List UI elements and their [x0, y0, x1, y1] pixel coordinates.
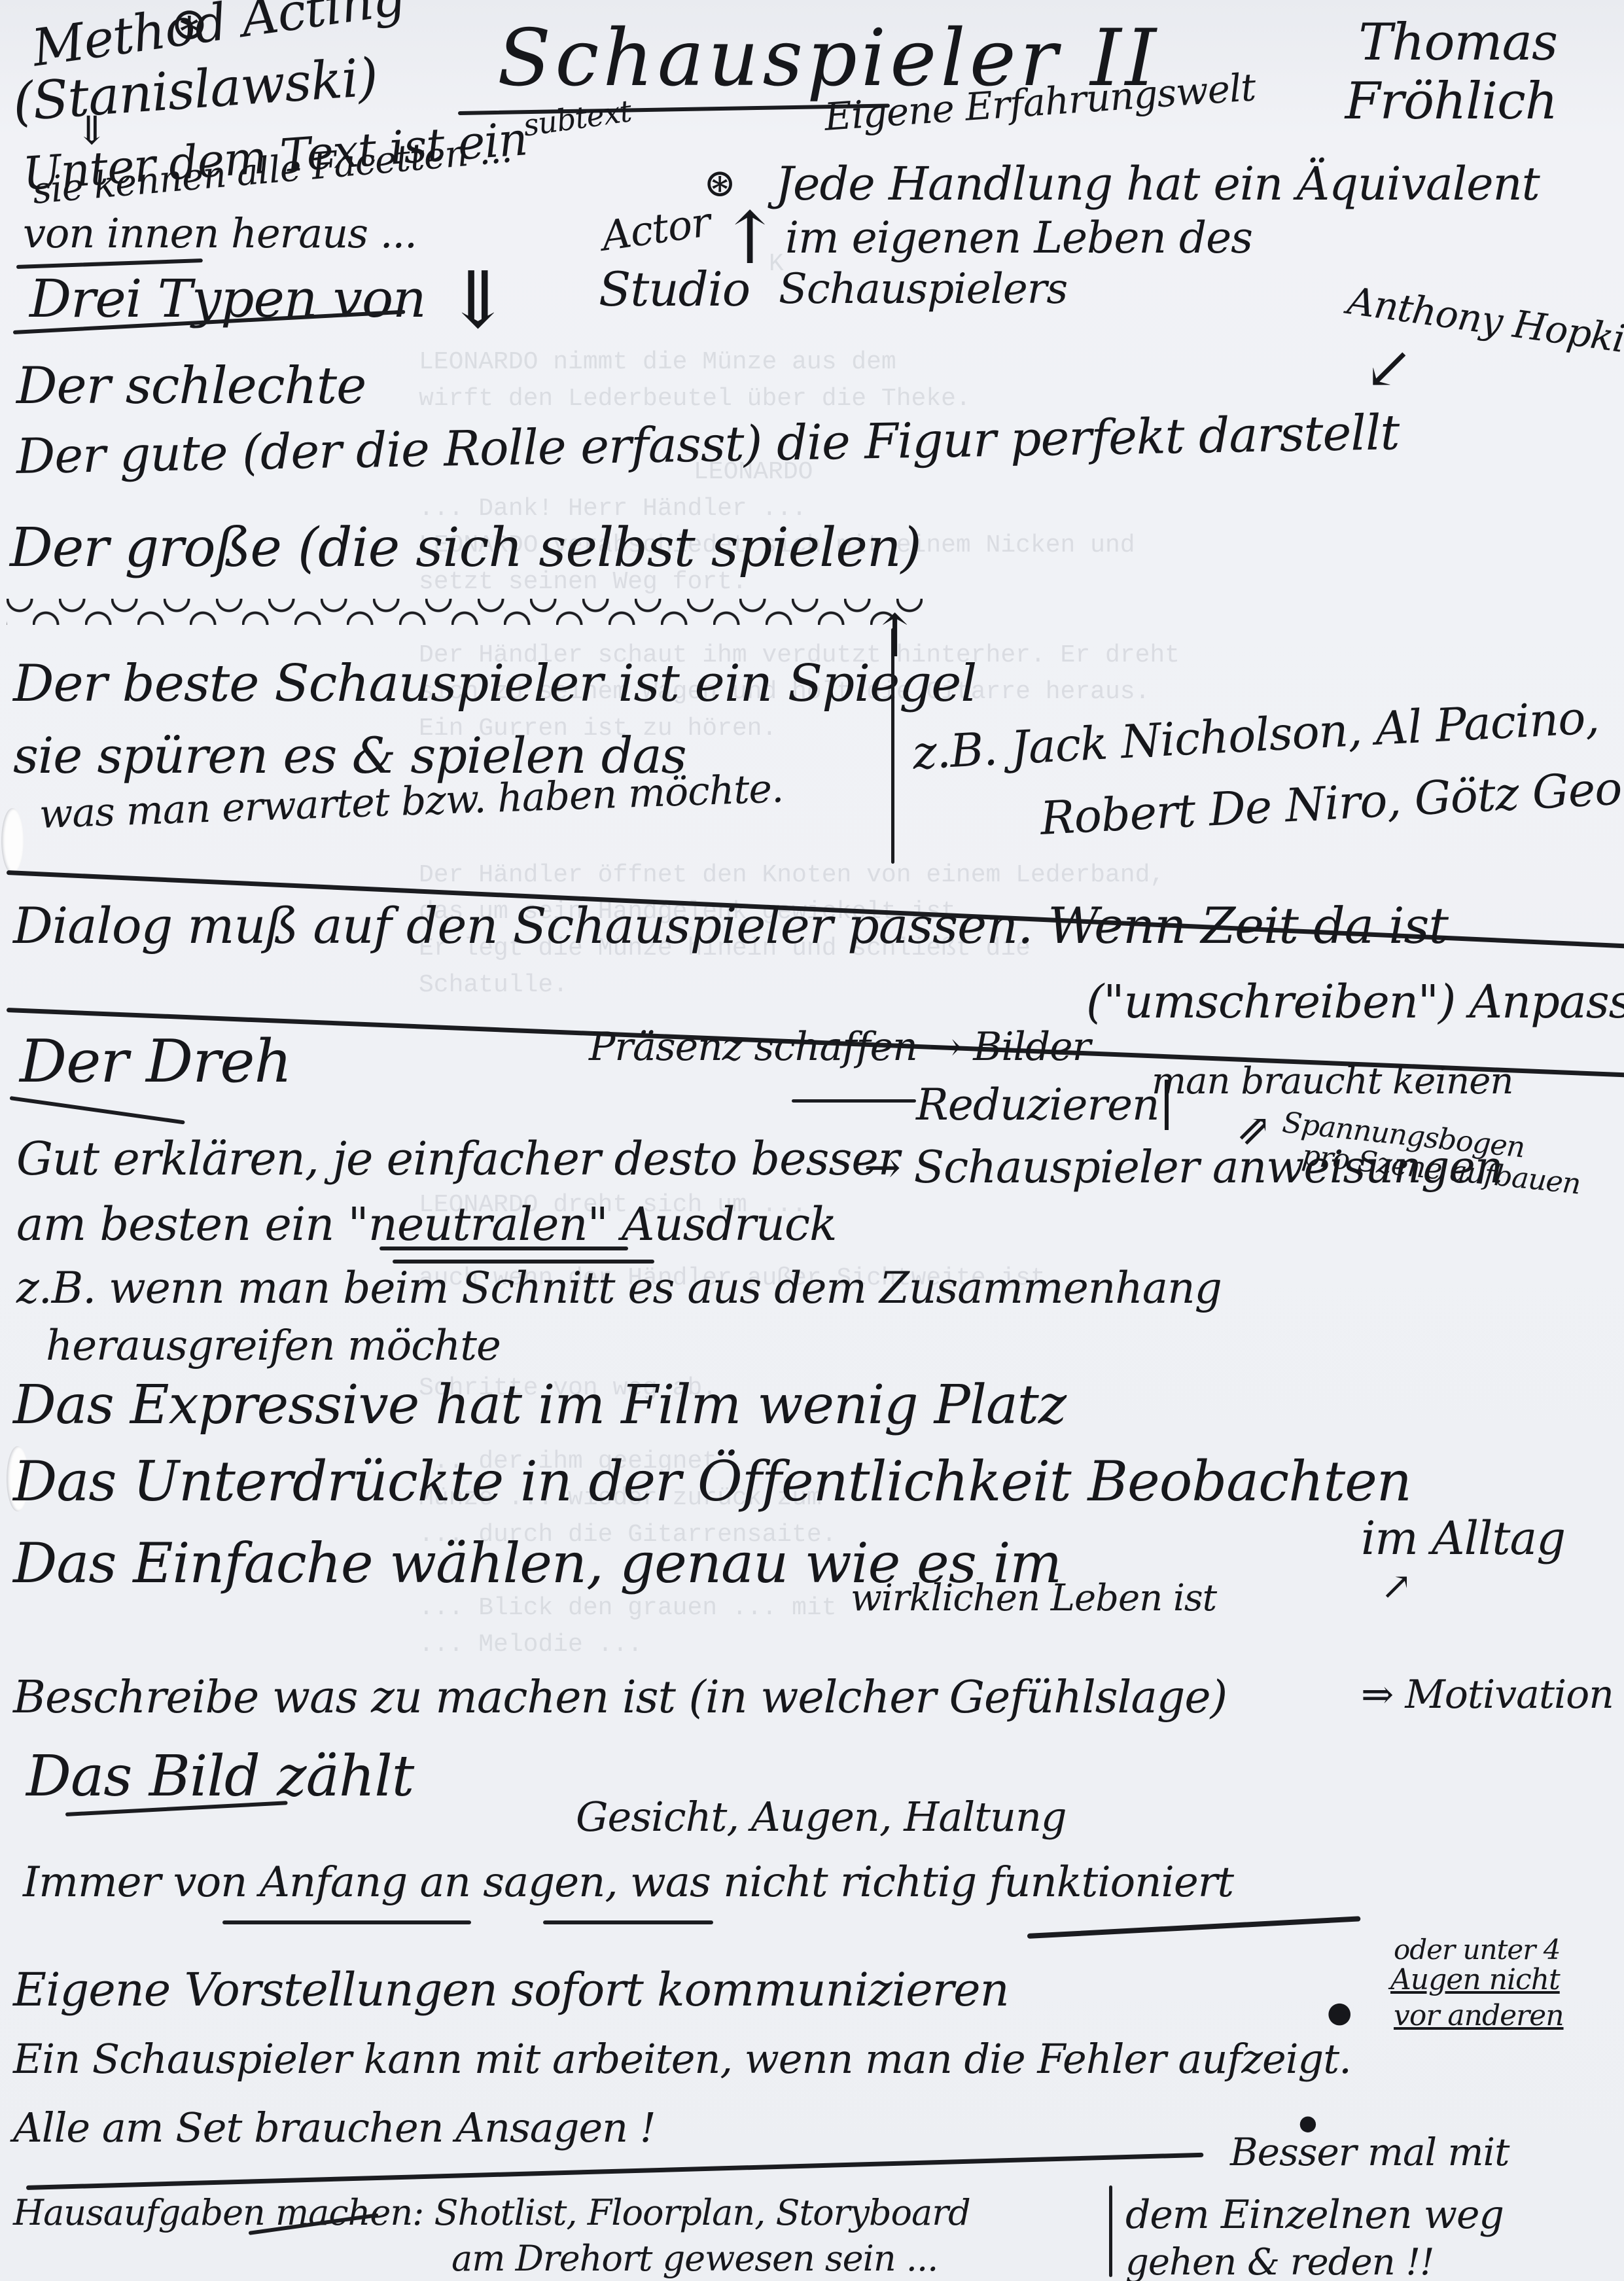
arrow-up-icon: ↑	[720, 196, 780, 280]
umschreiben-note: ("umschreiben") Anpassen	[1086, 975, 1624, 1029]
punch-hole-top	[1, 808, 24, 874]
hausaufgaben-note: Hausaufgaben machen: Shotlist, Floorplan…	[13, 2192, 970, 2233]
vor-anderen-note: vor anderen	[1394, 1999, 1564, 2032]
arrow-up-icon: ↑	[870, 602, 919, 671]
beschreibe-note: Beschreibe was zu machen ist (in welcher…	[13, 1672, 1227, 1724]
dreh-heading: Der Dreh	[20, 1027, 291, 1096]
anfang-note: Immer von Anfang an sagen, was nicht ric…	[23, 1858, 1233, 1907]
motivation-note: ⇒ Motivation	[1361, 1672, 1614, 1718]
vertical-divider	[1109, 2185, 1112, 2277]
wirklichen-leben-note: wirklichen Leben ist	[851, 1577, 1216, 1619]
typed-line: Der Händler öffnet den Knoten von einem …	[419, 857, 1180, 894]
besser-note: Besser mal mit	[1230, 2130, 1509, 2174]
gut-erklaeren-note: Gut erklären, je einfacher desto besser	[16, 1132, 899, 1186]
typed-line: ... Melodie ...	[419, 1627, 1180, 1663]
gesicht-note: Gesicht, Augen, Haltung	[576, 1793, 1067, 1841]
author-name: Thomas Fröhlich	[1230, 13, 1557, 131]
underline-double	[380, 1247, 628, 1250]
unterdrueckte-note: Das Unterdrückte in der Öffentlichkeit B…	[13, 1449, 1411, 1513]
reduzieren-note: Reduzieren	[916, 1080, 1169, 1130]
underline-double	[222, 1920, 471, 1924]
augen-nicht-note: Augen nicht	[1390, 1963, 1560, 1996]
type-bad: Der schlechte	[16, 357, 366, 416]
herausgreifen-note: herausgreifen möchte	[46, 1322, 501, 1370]
oder-unter-note: oder unter 4	[1394, 1934, 1560, 1966]
reden-note: gehen & reden !!	[1125, 2241, 1434, 2281]
anweisungen-note: → Schauspieler anweisungen	[864, 1142, 1503, 1194]
handlung-note-line1: Jede Handlung hat ein Äquivalent	[775, 157, 1540, 211]
underline-double	[543, 1920, 713, 1924]
pin-dot-icon: ●	[1327, 1996, 1352, 2029]
drehort-note: am Drehort gewesen sein ...	[451, 2238, 938, 2279]
typed-line: LEONARDO nimmt die Münze aus dem	[419, 344, 1180, 381]
arrow-up-right-icon: ↗	[1381, 1564, 1413, 1608]
einzelnen-note: dem Einzelnen weg	[1125, 2192, 1504, 2238]
von-innen-note: von innen heraus ...	[23, 209, 417, 257]
braucht-note: man braucht keinen	[1152, 1060, 1513, 1103]
expressive-note: Das Expressive hat im Film wenig Platz	[13, 1374, 1066, 1436]
best-actor-note: Der beste Schauspieler ist ein Spiegel	[13, 654, 976, 713]
arrow-down-left-icon: ↙	[1364, 334, 1413, 402]
schnitt-note: z.B. wenn man beim Schnitt es aus dem Zu…	[16, 1263, 1222, 1313]
dialog-note: Dialog muß auf den Schauspieler passen. …	[13, 896, 1448, 955]
connector-line	[792, 1099, 916, 1103]
typed-line: Schatulle.	[419, 967, 1180, 1004]
ansagen-note: Alle am Set brauchen Ansagen !	[13, 2104, 656, 2151]
type-great: Der große (die sich selbst spielen)	[10, 517, 921, 579]
bild-zaehlt-heading: Das Bild zählt	[26, 1744, 414, 1809]
fehler-note: Ein Schauspieler kann mit arbeiten, wenn…	[13, 2035, 1351, 2083]
neutral-note: am besten ein "neutralen" Ausdruck	[16, 1197, 837, 1251]
scribble-arrow-icon: ⇓	[445, 255, 511, 346]
praesenz-note: Präsenz schaffen → Bilder	[589, 1024, 1090, 1070]
handlung-note-line2: im eigenen Leben des	[785, 213, 1252, 263]
star-circle-icon: ⊛	[170, 0, 209, 50]
wavy-divider	[7, 599, 923, 625]
im-alltag-note: im Alltag	[1361, 1512, 1565, 1565]
vorstellungen-note: Eigene Vorstellungen sofort kommuniziere…	[13, 1963, 1009, 2017]
handlung-note-line3: Schauspielers	[779, 265, 1067, 313]
